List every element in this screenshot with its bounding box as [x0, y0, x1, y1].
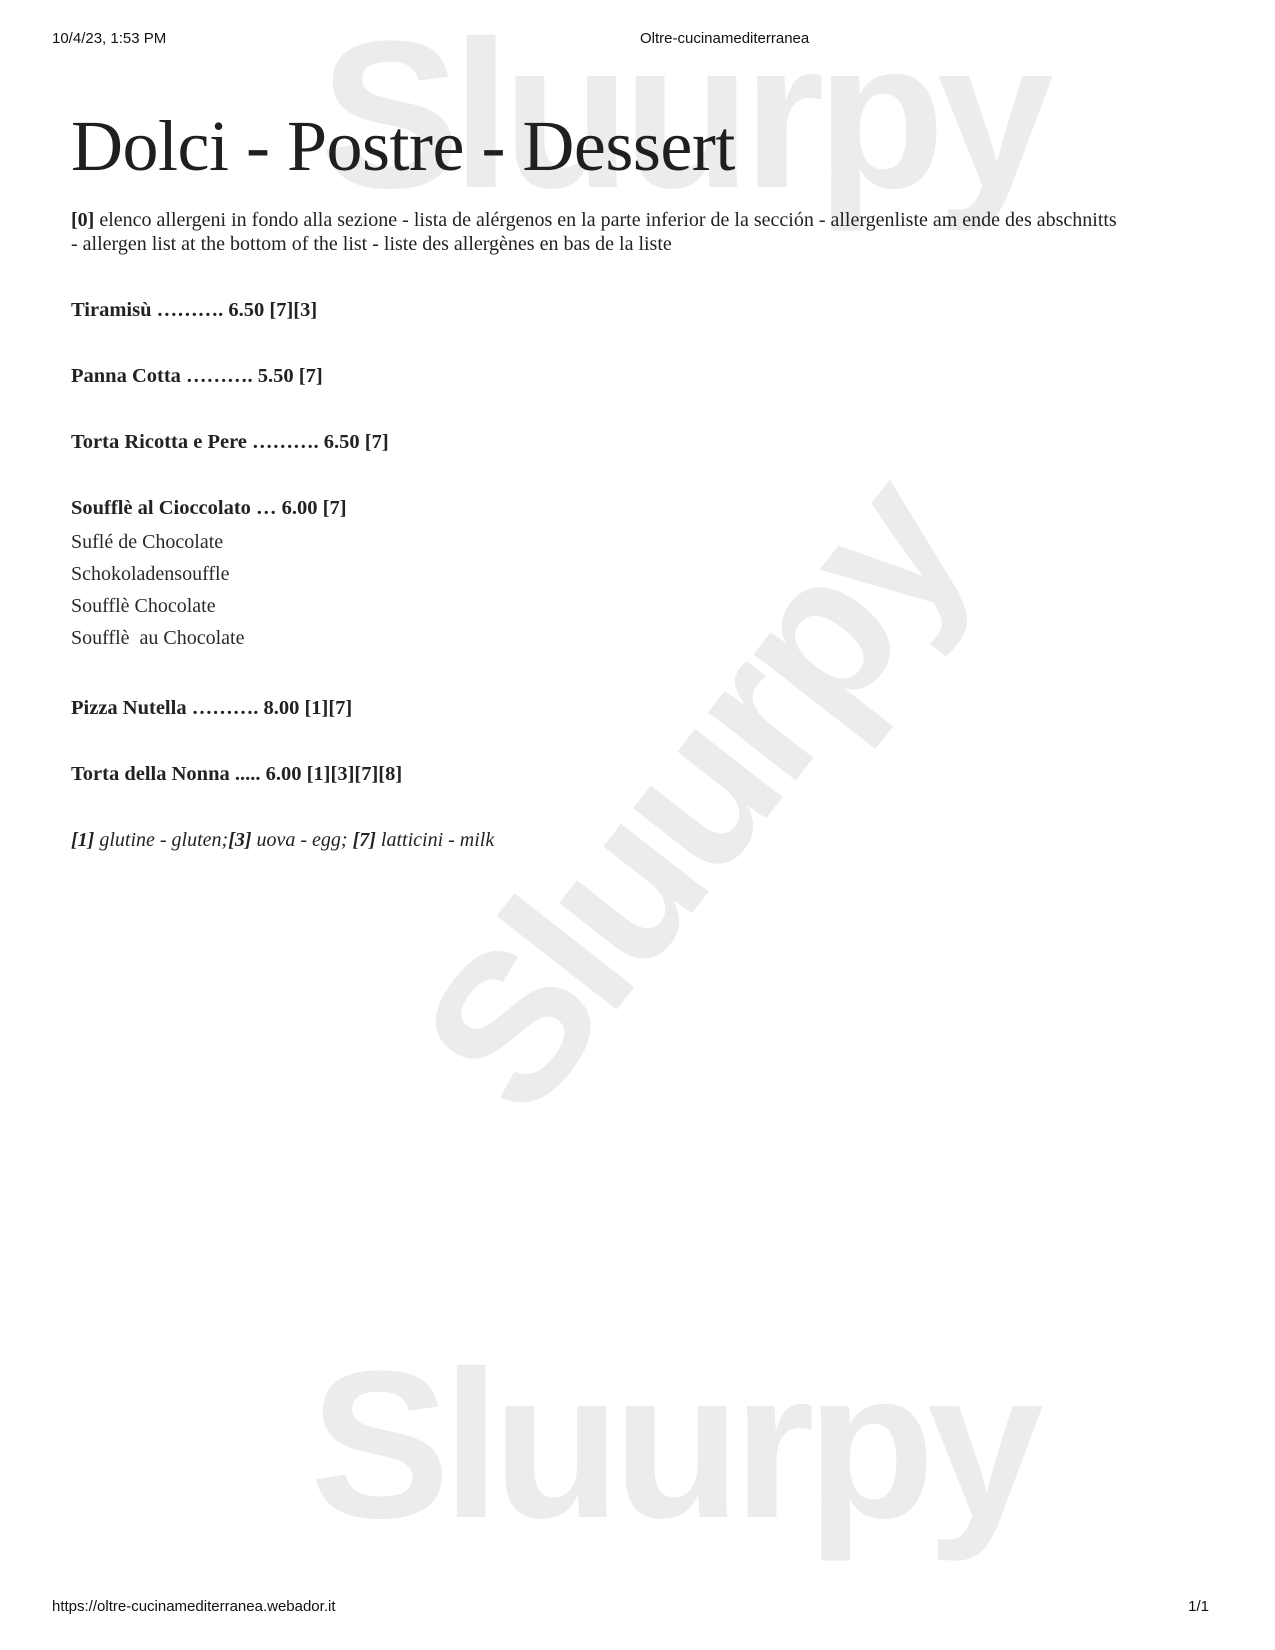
- menu-item-torta-della-nonna: Torta della Nonna ..... 6.00 [1][3][7][8…: [71, 762, 1211, 786]
- menu-item-panna-cotta: Panna Cotta ………. 5.50 [7]: [71, 364, 1211, 388]
- allergen-text: latticini - milk: [376, 829, 494, 851]
- menu-item-title: Soufflè al Cioccolato … 6.00 [7]: [71, 496, 1211, 520]
- allergen-code: [1]: [71, 829, 94, 851]
- translations: Suflé de Chocolate Schokoladensouffle So…: [71, 526, 1211, 654]
- print-datetime: 10/4/23, 1:53 PM: [52, 30, 166, 47]
- allergen-text: uova - egg;: [252, 829, 353, 851]
- print-url: https://oltre-cucinamediterranea.webador…: [52, 1598, 335, 1615]
- translation-line: Schokoladensouffle: [71, 558, 1211, 590]
- menu-item-tiramisu: Tiramisù ………. 6.50 [7][3]: [71, 298, 1211, 322]
- menu-item-torta-ricotta-pere: Torta Ricotta e Pere ………. 6.50 [7]: [71, 430, 1211, 454]
- translation-line: Soufflè Chocolate: [71, 590, 1211, 622]
- intro-text-line1: elenco allergeni in fondo alla sezione -…: [94, 209, 1116, 231]
- menu-item-title: Torta Ricotta e Pere ………. 6.50 [7]: [71, 430, 1211, 454]
- page-title: Dolci - Postre - Dessert: [71, 110, 1211, 182]
- translation-line: Suflé de Chocolate: [71, 526, 1211, 558]
- intro-text-line2: - allergen list at the bottom of the lis…: [71, 233, 672, 255]
- menu-item-title: Pizza Nutella ………. 8.00 [1][7]: [71, 696, 1211, 720]
- menu-item-souffle: Soufflè al Cioccolato … 6.00 [7] Suflé d…: [71, 496, 1211, 654]
- translation-line: Soufflè au Chocolate: [71, 622, 1211, 654]
- allergen-intro: [0] elenco allergeni in fondo alla sezio…: [71, 208, 1211, 256]
- allergen-code: [7]: [353, 829, 376, 851]
- menu-item-pizza-nutella: Pizza Nutella ………. 8.00 [1][7]: [71, 696, 1211, 720]
- print-page-number: 1/1: [1188, 1598, 1209, 1615]
- menu-item-title: Torta della Nonna ..... 6.00 [1][3][7][8…: [71, 762, 1211, 786]
- menu-item-title: Tiramisù ………. 6.50 [7][3]: [71, 298, 1211, 322]
- menu-section: Dolci - Postre - Dessert [0] elenco alle…: [71, 110, 1211, 852]
- allergen-text: glutine - gluten;: [94, 829, 228, 851]
- allergen-code: [3]: [228, 829, 251, 851]
- allergen-legend: [1] glutine - gluten;[3] uova - egg; [7]…: [71, 828, 1211, 852]
- menu-item-title: Panna Cotta ………. 5.50 [7]: [71, 364, 1211, 388]
- watermark-logo: Sluurpy: [310, 1340, 1036, 1550]
- intro-marker: [0]: [71, 209, 94, 231]
